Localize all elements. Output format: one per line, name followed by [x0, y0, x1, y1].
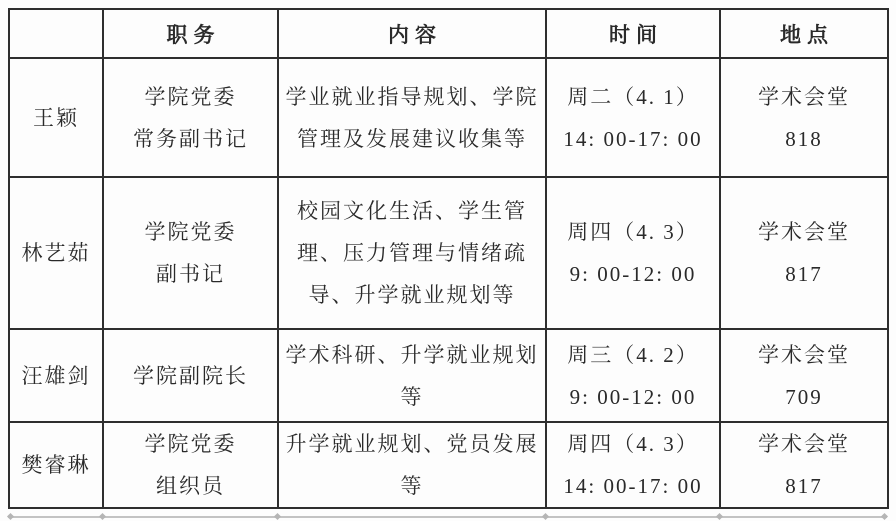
name-cell: 林艺茹 — [9, 177, 103, 329]
header-position: 职务 — [103, 9, 278, 58]
cell-line: 汪雄剑 — [10, 355, 102, 397]
cell-line: 周二（4. 1） — [547, 76, 719, 118]
next-row-divider-mark — [716, 513, 723, 520]
next-row-divider-mark — [99, 513, 106, 520]
next-row-divider-mark — [7, 513, 14, 520]
cell-line: 学院副院长 — [104, 355, 277, 397]
next-row-divider-mark — [274, 513, 281, 520]
cell-line: 学业就业指导规划、学院 — [279, 76, 545, 118]
name-cell: 王颖 — [9, 58, 103, 177]
position-cell: 学院党委副书记 — [103, 177, 278, 329]
next-row-partial-border — [8, 516, 887, 518]
cell-line: 9: 00-12: 00 — [547, 376, 719, 418]
table-row: 林艺茹学院党委副书记校园文化生活、学生管理、压力管理与情绪疏导、升学就业规划等周… — [9, 177, 888, 329]
cell-line: 14: 00-17: 00 — [547, 465, 719, 507]
cell-line: 周四（4. 3） — [547, 211, 719, 253]
cell-line: 林艺茹 — [10, 232, 102, 274]
location-cell: 学术会堂818 — [720, 58, 888, 177]
cell-line: 学术会堂 — [721, 211, 887, 253]
table-row: 王颖学院党委常务副书记学业就业指导规划、学院管理及发展建议收集等周二（4. 1）… — [9, 58, 888, 177]
cell-line: 升学就业规划、党员发展 — [279, 423, 545, 465]
header-location: 地点 — [720, 9, 888, 58]
position-cell: 学院副院长 — [103, 329, 278, 422]
cell-line: 14: 00-17: 00 — [547, 118, 719, 160]
content-cell: 校园文化生活、学生管理、压力管理与情绪疏导、升学就业规划等 — [278, 177, 546, 329]
cell-line: 周三（4. 2） — [547, 334, 719, 376]
reception-schedule-table: 职务 内容 时间 地点 王颖学院党委常务副书记学业就业指导规划、学院管理及发展建… — [8, 8, 889, 509]
cell-line: 学院党委 — [104, 211, 277, 253]
cell-line: 817 — [721, 253, 887, 295]
cell-line: 理、压力管理与情绪疏 — [279, 232, 545, 274]
cell-line: 常务副书记 — [104, 118, 277, 160]
position-cell: 学院党委组织员 — [103, 422, 278, 508]
cell-line: 学术会堂 — [721, 423, 887, 465]
cell-line: 王颖 — [10, 97, 102, 139]
table-row: 汪雄剑学院副院长学术科研、升学就业规划等周三（4. 2）9: 00-12: 00… — [9, 329, 888, 422]
header-content: 内容 — [278, 9, 546, 58]
cell-line: 709 — [721, 376, 887, 418]
name-cell: 樊睿琳 — [9, 422, 103, 508]
cell-line: 学术会堂 — [721, 334, 887, 376]
location-cell: 学术会堂709 — [720, 329, 888, 422]
cell-line: 副书记 — [104, 253, 277, 295]
cell-line: 校园文化生活、学生管 — [279, 190, 545, 232]
cell-line: 9: 00-12: 00 — [547, 253, 719, 295]
cell-line: 周四（4. 3） — [547, 423, 719, 465]
content-cell: 学术科研、升学就业规划等 — [278, 329, 546, 422]
time-cell: 周二（4. 1）14: 00-17: 00 — [546, 58, 720, 177]
cell-line: 学院党委 — [104, 76, 277, 118]
content-cell: 学业就业指导规划、学院管理及发展建议收集等 — [278, 58, 546, 177]
cell-line: 学院党委 — [104, 423, 277, 465]
time-cell: 周四（4. 3）9: 00-12: 00 — [546, 177, 720, 329]
position-cell: 学院党委常务副书记 — [103, 58, 278, 177]
table-row: 樊睿琳学院党委组织员升学就业规划、党员发展等周四（4. 3）14: 00-17:… — [9, 422, 888, 508]
cell-line: 等 — [279, 465, 545, 507]
header-time: 时间 — [546, 9, 720, 58]
cell-line: 818 — [721, 118, 887, 160]
cell-line: 817 — [721, 465, 887, 507]
location-cell: 学术会堂817 — [720, 177, 888, 329]
cell-line: 导、升学就业规划等 — [279, 274, 545, 316]
cell-line: 学术科研、升学就业规划 — [279, 334, 545, 376]
page: 职务 内容 时间 地点 王颖学院党委常务副书记学业就业指导规划、学院管理及发展建… — [0, 0, 896, 521]
cell-line: 管理及发展建议收集等 — [279, 118, 545, 160]
cell-line: 组织员 — [104, 465, 277, 507]
cell-line: 樊睿琳 — [10, 444, 102, 486]
location-cell: 学术会堂817 — [720, 422, 888, 508]
cell-line: 等 — [279, 376, 545, 418]
name-cell: 汪雄剑 — [9, 329, 103, 422]
time-cell: 周四（4. 3）14: 00-17: 00 — [546, 422, 720, 508]
content-cell: 升学就业规划、党员发展等 — [278, 422, 546, 508]
schedule-table-body: 王颖学院党委常务副书记学业就业指导规划、学院管理及发展建议收集等周二（4. 1）… — [9, 58, 888, 508]
header-name — [9, 9, 103, 58]
next-row-divider-mark — [881, 513, 888, 520]
next-row-divider-mark — [542, 513, 549, 520]
cell-line: 学术会堂 — [721, 76, 887, 118]
time-cell: 周三（4. 2）9: 00-12: 00 — [546, 329, 720, 422]
header-row: 职务 内容 时间 地点 — [9, 9, 888, 58]
